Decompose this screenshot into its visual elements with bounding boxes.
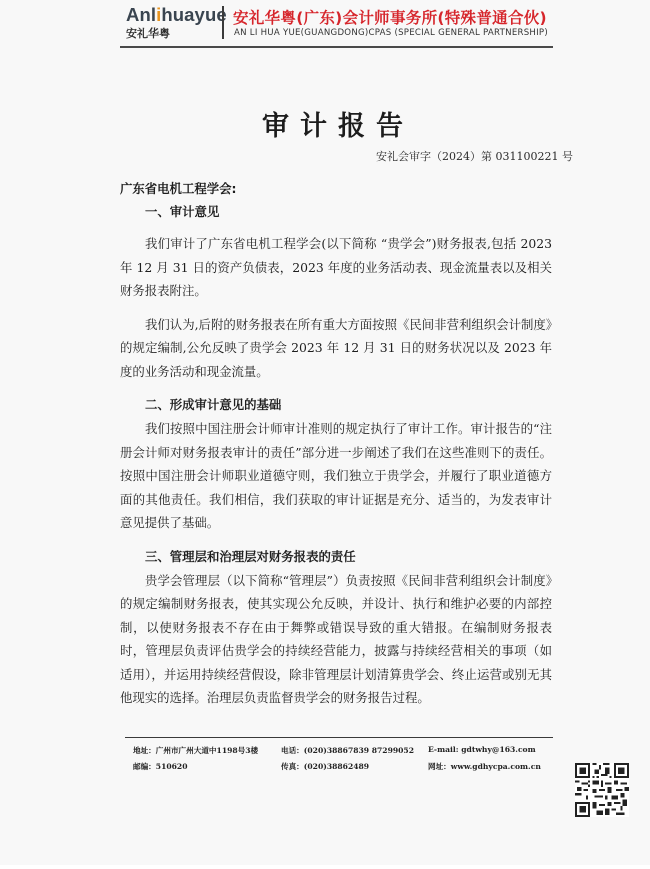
firm-name-english: AN LI HUA YUE(GUANGDONG)CPAS (SPECIAL GE… [234,28,548,38]
firm-logo-english: Anlihuayue [126,4,227,26]
footer-rule [125,737,553,738]
document-number: 安礼会审字（2024）第 031100221 号 [376,148,573,164]
report-title: 审计报告 [262,104,414,143]
footer-email: E-mail: gdtwhy@163.com [428,745,536,754]
paragraph: 我们审计了广东省电机工程学会(以下简称 “贵学会”)财务报表,包括 2023 年… [120,232,552,303]
header-rule [120,46,553,48]
paragraph: 我们按照中国注册会计师审计准则的规定执行了审计工作。审计报告的“注册会计师对财务… [120,417,552,535]
qr-code-icon [575,763,629,817]
footer-address: 地址：广州市广州大道中1198号3楼 [133,745,258,756]
section-heading-basis-for-opinion: 二、形成审计意见的基础 [120,393,552,417]
firm-name-chinese: 安礼华粤(广东)会计师事务所(特殊普通合伙) [233,6,547,28]
footer-fax: 传真：(020)38862489 [281,761,369,772]
footer-postcode: 邮编：510620 [133,761,187,772]
report-body: 广东省电机工程学会: 一、审计意见 我们审计了广东省电机工程学会(以下简称 “贵… [120,178,552,710]
paragraph: 贵学会管理层（以下简称“管理层”）负责按照《民间非营利组织会计制度》的规定编制财… [120,569,552,710]
header-divider [222,6,224,39]
addressee: 广东省电机工程学会: [120,178,552,200]
paragraph: 我们认为,后附的财务报表在所有重大方面按照《民间非营利组织会计制度》的规定编制,… [120,313,552,384]
section-heading-management-responsibility: 三、管理层和治理层对财务报表的责任 [120,545,552,569]
section-heading-audit-opinion: 一、审计意见 [120,200,552,224]
document-page: Anlihuayue 安礼华粤 安礼华粤(广东)会计师事务所(特殊普通合伙) A… [0,0,650,865]
footer-phone: 电话：(020)38867839 87299052 [281,745,414,756]
footer-website: 网址：www.gdhycpa.com.cn [428,761,541,772]
firm-logo-chinese: 安礼华粤 [126,25,170,41]
